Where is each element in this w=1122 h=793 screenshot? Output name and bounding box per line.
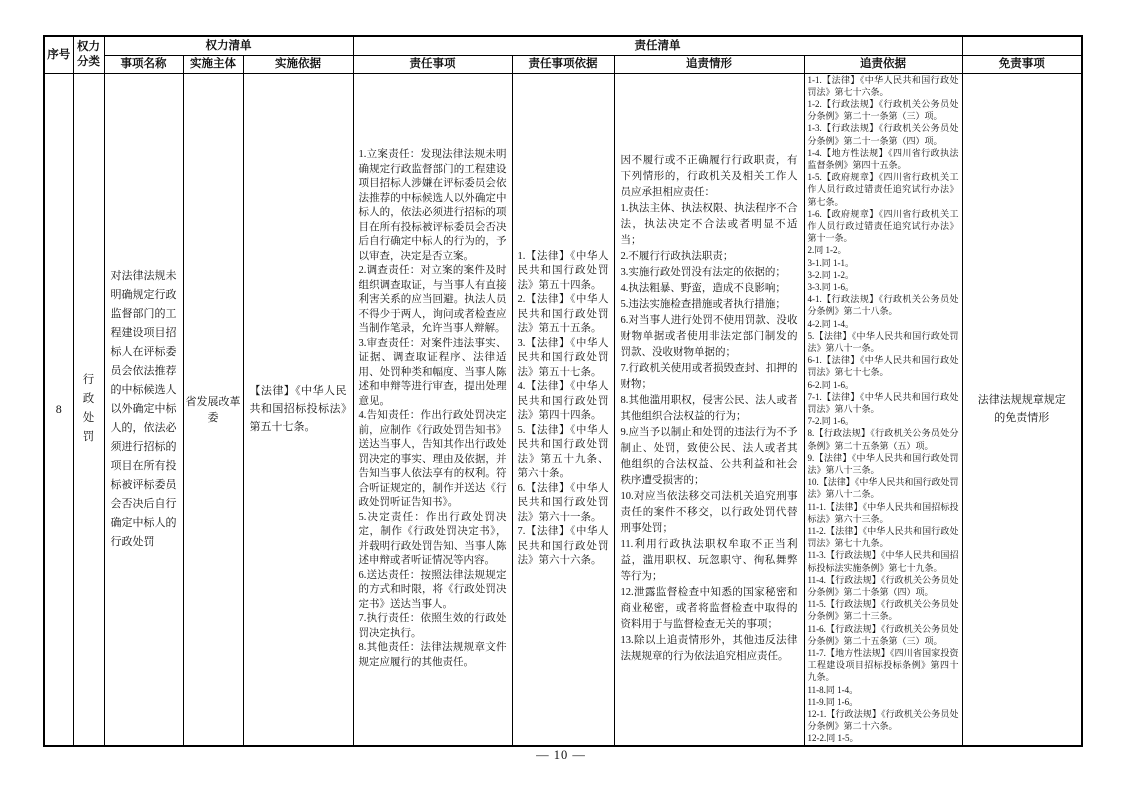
cell-accountability-basis: 1-1.【法律】《中华人民共和国行政处罚法》第七十六条。1-2.【行政法规】《行… [804,73,962,746]
header-accountability-basis: 追责依据 [804,55,962,73]
header-responsibility-items: 责任事项 [353,55,512,73]
cell-accountability-situations: 因不履行或不正确履行行政职责，有下列情形的，行政机关及相关工作人员应承担相应责任… [614,73,804,746]
table-row: 8 行政处罚 对法律法规未明确规定行政监督部门的工程建设项目招标人在评标委员会依… [44,73,1082,746]
accountability-list: 1.执法主体、执法权限、执法程序不合法，执法决定不合法或者明显不适当；2.不履行… [621,201,798,665]
cell-implementing-body: 省发展改革委 [183,73,243,746]
header-group-responsibility-list: 责任清单 [353,36,962,55]
cell-item-name: 对法律法规未明确规定行政监督部门的工程建设项目招标人在评标委员会依法推荐的中标候… [104,73,183,746]
header-item-name: 事项名称 [104,55,183,73]
header-exemption-items: 免责事项 [962,55,1082,73]
header-group-power-list: 权力清单 [104,36,353,55]
cell-seq-number: 8 [44,73,73,746]
header-power-category: 权力分类 [73,36,104,73]
header-seq-number: 序号 [44,36,73,73]
header-implementing-body: 实施主体 [183,55,243,73]
cell-responsibility-items: 1.立案责任：发现法律法规未明确规定行政监督部门的工程建设项目招标人涉嫌在评标委… [353,73,512,746]
cell-power-category: 行政处罚 [73,73,104,746]
cell-responsibility-basis: 1.【法律】《中华人民共和国行政处罚法》第五十四条。2.【法律】《中华人民共和国… [512,73,614,746]
cell-implementation-basis: 【法律】《中华人民共和国招标投标法》第五十七条。 [243,73,353,746]
power-responsibility-table: 序号 权力分类 权力清单 责任清单 事项名称 实施主体 实施依据 责任事项 责任… [43,35,1083,747]
header-empty-cell [962,36,1082,55]
accountability-intro: 因不履行或不正确履行行政职责，有下列情形的，行政机关及相关工作人员应承担相应责任… [621,153,798,201]
page-number: — 10 — [0,748,1122,763]
document-page: 序号 权力分类 权力清单 责任清单 事项名称 实施主体 实施依据 责任事项 责任… [0,0,1122,793]
header-responsibility-basis: 责任事项依据 [512,55,614,73]
header-accountability-situations: 追责情形 [614,55,804,73]
cell-exemption-items: 法律法规规章规定的免责情形 [962,73,1082,746]
header-implementation-basis: 实施依据 [243,55,353,73]
